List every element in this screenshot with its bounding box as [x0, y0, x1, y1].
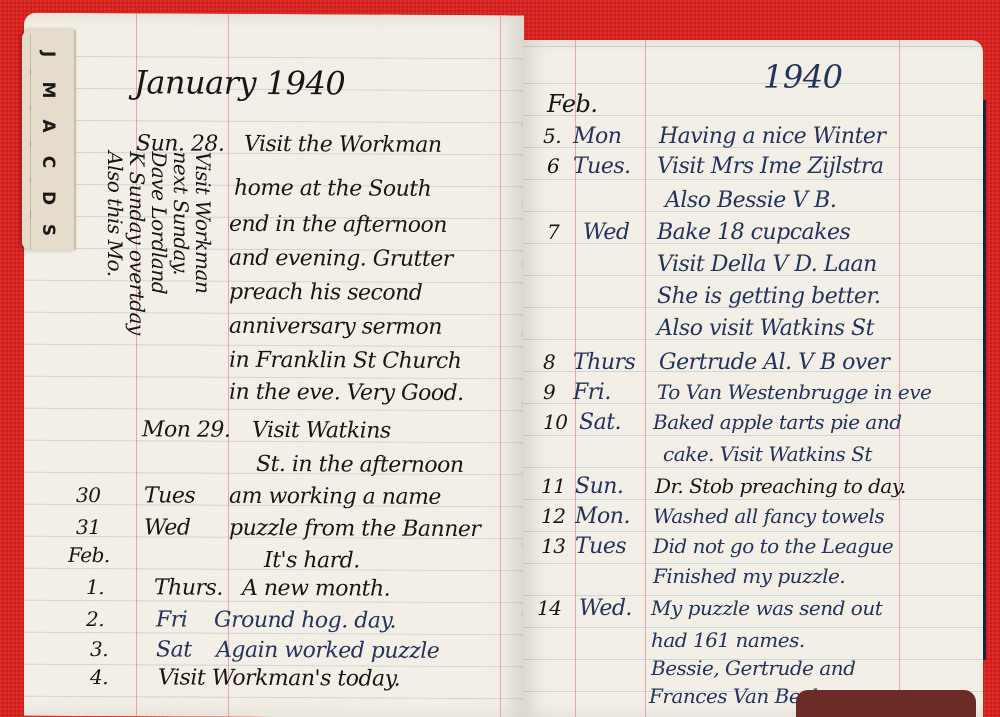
entry-line: St. in the afternoon	[256, 452, 464, 478]
entry-line: Gertrude Al. V B over	[659, 350, 889, 375]
page-heading: January 1940	[134, 63, 345, 102]
entry-line: and evening. Grutter	[229, 246, 453, 272]
entry-line: am working a name	[229, 484, 441, 510]
entry-line: Bake 18 cupcakes	[657, 220, 850, 245]
entry-line: end in the afternoon	[229, 212, 447, 238]
entry-day: Thurs	[573, 350, 635, 375]
entry-line: Again worked puzzle	[216, 638, 439, 664]
entry-day: Mon.	[575, 504, 630, 529]
entry-line: home at the South	[234, 176, 431, 202]
entry-line: puzzle from the Banner	[229, 516, 480, 542]
entry-day: Sat	[156, 637, 192, 662]
margin-note-line: Visit Workman	[192, 152, 214, 336]
entry-line: in the eve. Very Good.	[229, 380, 464, 406]
entry-date: 14	[537, 596, 561, 620]
entry-line: Baked apple tarts pie and	[653, 410, 902, 434]
entry-line: Visit Workman's today.	[158, 665, 400, 691]
entry-line: My puzzle was send out	[651, 596, 882, 620]
margin-line	[500, 15, 501, 717]
entry-line: cake. Visit Watkins St	[663, 442, 872, 466]
entry-date: 7	[547, 220, 559, 244]
entry-date: 9	[543, 380, 555, 404]
page-year: 1940	[763, 58, 842, 96]
entry-day: Mon	[573, 124, 621, 149]
entry-day: Tues	[144, 483, 195, 508]
entry-date: 6	[547, 154, 559, 178]
entry-line: It's hard.	[264, 548, 360, 574]
entry-date: 10	[543, 410, 567, 434]
entry-line: anniversary sermon	[229, 314, 442, 340]
entry-date: 31	[76, 515, 100, 539]
entry-date: 2.	[86, 607, 104, 631]
entry-line: She is getting better.	[657, 284, 881, 309]
entry-line: preach his second	[229, 280, 422, 306]
entry-line: A new month.	[242, 576, 390, 602]
entry-day: Fri	[156, 607, 187, 632]
index-tab[interactable]: A	[30, 106, 66, 146]
index-tab[interactable]: S	[30, 210, 66, 250]
entry-date: 3.	[90, 637, 108, 661]
margin-line	[645, 40, 646, 717]
entry-day: Sat.	[579, 410, 621, 435]
month-label: Feb.	[68, 543, 110, 567]
thumb	[796, 690, 976, 717]
entry-line: Visit Watkins	[252, 418, 391, 444]
index-tab[interactable]: C	[30, 142, 66, 182]
index-tab[interactable]: M	[30, 70, 66, 110]
margin-note-line: next Sunday.	[170, 151, 192, 335]
entry-line: Did not go to the League	[653, 534, 893, 558]
entry-line: Washed all fancy towels	[653, 504, 884, 528]
entry-date: 30	[76, 483, 100, 507]
margin-note-line: Dave Lordland	[148, 151, 170, 335]
entry-date: 13	[541, 534, 565, 558]
index-tab[interactable]: J	[30, 34, 66, 74]
entry-day: Mon 29.	[142, 417, 230, 442]
entry-line: Visit the Workman	[244, 132, 442, 158]
margin-note-line: K Sunday overtday	[126, 151, 148, 335]
index-tabs: J M A C D S	[22, 30, 76, 250]
entry-day: Sun. 28.	[136, 131, 224, 156]
entry-day: Sun.	[575, 474, 623, 499]
entry-day: Wed	[144, 515, 190, 540]
entry-line: Also visit Watkins St	[657, 316, 874, 341]
entry-line: had 161 names.	[651, 628, 805, 652]
entry-day: Fri.	[573, 380, 611, 405]
margin-note-line: Also this Mo.	[104, 151, 126, 335]
left-page: January 1940 Visit Workman next Sunday. …	[24, 13, 524, 717]
entry-line: Bessie, Gertrude and	[651, 656, 855, 680]
entry-line: in Franklin St Church	[229, 348, 461, 374]
entry-line: Having a nice Winter	[659, 124, 885, 149]
entry-date: 12	[541, 504, 565, 528]
entry-line: Dr. Stob preaching to day.	[655, 474, 906, 498]
entry-date: 5.	[543, 124, 561, 148]
right-page: 1940 Feb. 5. Mon Having a nice Winter 6 …	[523, 40, 983, 717]
entry-line: Visit Mrs Ime Zijlstra	[657, 154, 884, 179]
entry-date: 8	[543, 350, 555, 374]
entry-date: 4.	[90, 665, 108, 689]
entry-day: Tues	[575, 534, 626, 559]
entry-line: To Van Westenbrugge in eve	[657, 380, 931, 404]
entry-line: Finished my puzzle.	[653, 564, 845, 588]
entry-line: Also Bessie V B.	[665, 188, 836, 213]
entry-date: 1.	[86, 575, 104, 599]
margin-line	[136, 13, 137, 716]
entry-day: Tues.	[573, 154, 631, 179]
month-label: Feb.	[547, 90, 598, 118]
entry-day: Wed.	[579, 596, 632, 621]
entry-line: Visit Della V D. Laan	[657, 252, 877, 277]
entry-day: Thurs.	[154, 575, 223, 600]
margin-line	[899, 40, 900, 717]
margin-note: Visit Workman next Sunday. Dave Lordland…	[104, 151, 214, 335]
entry-day: Wed	[583, 220, 629, 245]
entry-date: 11	[541, 474, 565, 498]
entry-line: Ground hog. day.	[214, 608, 396, 634]
